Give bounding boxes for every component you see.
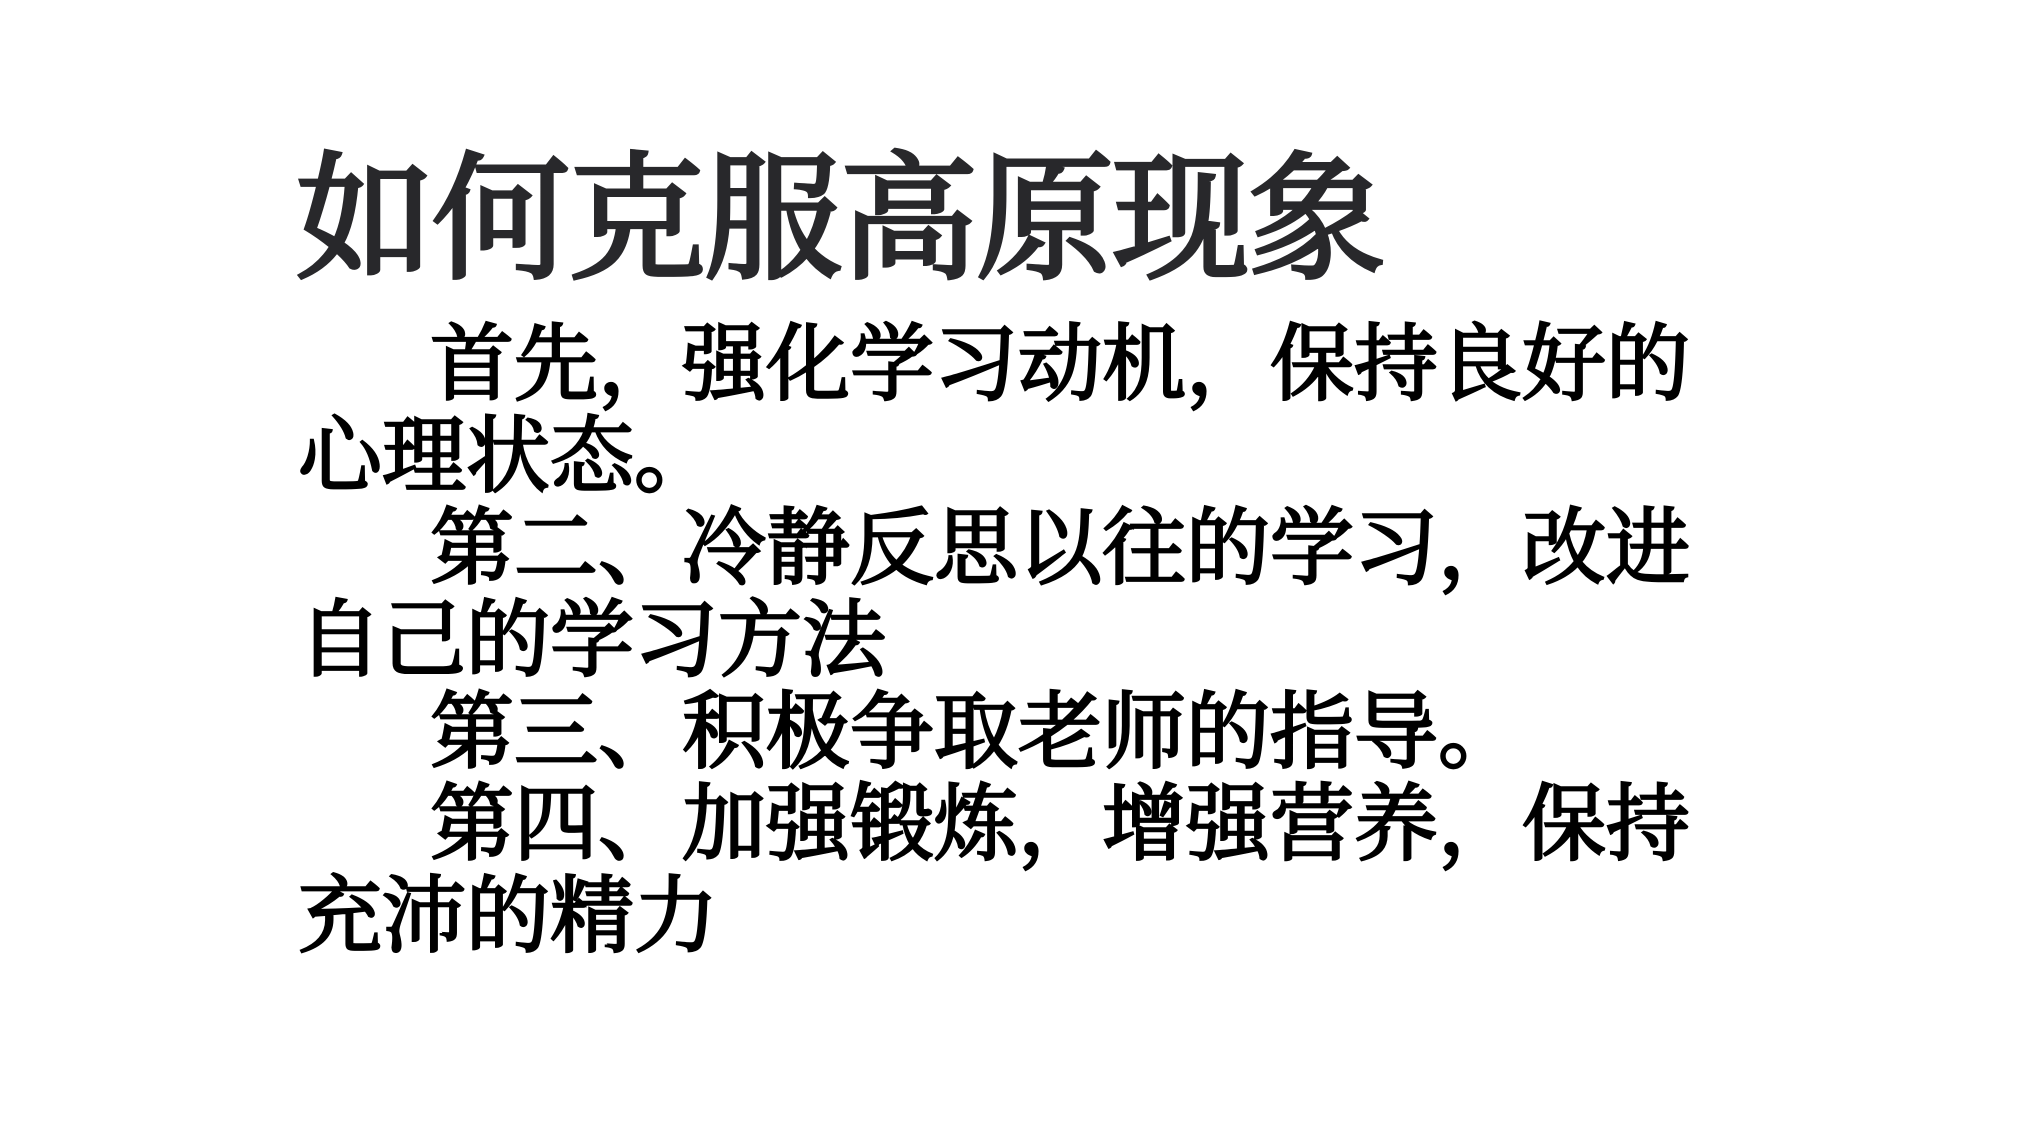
slide-body: 首先，强化学习动机，保持良好的 心理状态。 第二、冷静反思以往的学习，改进 自己…	[298, 318, 1758, 962]
body-line: 心理状态。	[298, 410, 1758, 502]
slide-canvas: 如何克服高原现象 首先，强化学习动机，保持良好的 心理状态。 第二、冷静反思以往…	[0, 0, 2025, 1139]
body-line: 第二、冷静反思以往的学习，改进	[298, 502, 1758, 594]
body-line: 第四、加强锻炼，增强营养，保持	[298, 778, 1758, 870]
slide-title: 如何克服高原现象	[296, 148, 1384, 293]
body-line: 首先，强化学习动机，保持良好的	[298, 318, 1758, 410]
body-line: 第三、积极争取老师的指导。	[298, 686, 1758, 778]
body-line: 充沛的精力	[298, 870, 1758, 962]
body-line: 自己的学习方法	[298, 594, 1758, 686]
